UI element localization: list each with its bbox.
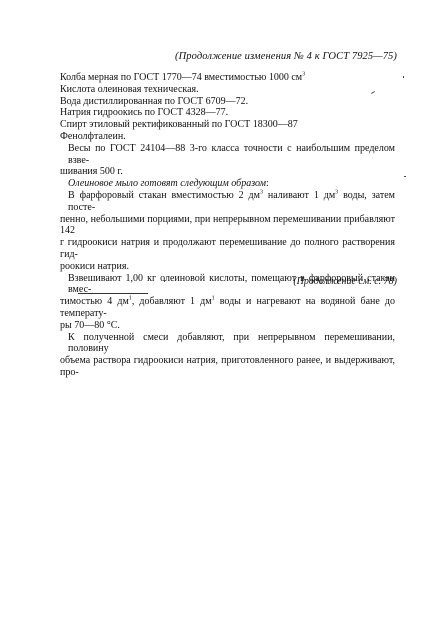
soap-heading: Олеиновое мыло готовят следующим образом… (60, 178, 395, 190)
soap-heading-text: Олеиновое мыло готовят следующим образом (68, 178, 266, 189)
scan-speck (404, 176, 406, 177)
superscript: 3 (302, 72, 305, 78)
para1-line-2: пенно, небольшими порциями, при непрерыв… (60, 214, 395, 238)
footnote-rule (78, 293, 148, 294)
scales-line-1: Весы по ГОСТ 24104—88 3-го класса точнос… (60, 143, 395, 167)
para3-line-1: К полученной смеси добавляют, при непрер… (60, 332, 395, 356)
para1-line-1: В фарфоровый стакан вместимостью 2 дм3 н… (60, 190, 395, 214)
colon: : (266, 178, 269, 189)
text: , добавляют 1 дм (132, 296, 212, 307)
document-page: (Продолжение изменения № 4 к ГОСТ 7925—7… (0, 0, 427, 633)
equipment-line-sodium-hydroxide: Натрия гидроокись по ГОСТ 4328—77. (60, 107, 395, 119)
document-body: Колба мерная по ГОСТ 1770—74 вместимость… (60, 72, 395, 379)
continuation-footer: (Продолжение см. с. 78) (293, 276, 397, 287)
text: наливают 1 дм (263, 190, 335, 201)
scales-line-2: шивания 500 г. (60, 166, 395, 178)
equipment-line-ethanol: Спирт этиловый ректификованный по ГОСТ 1… (60, 119, 395, 131)
para3-line-2: объема раствора гидроокиси натрия, приго… (60, 355, 395, 379)
flask-text: Колба мерная по ГОСТ 1770—74 вместимость… (60, 72, 302, 83)
equipment-line-flask: Колба мерная по ГОСТ 1770—74 вместимость… (60, 72, 395, 84)
para1-line-4: роокиси натрия. (60, 261, 395, 273)
para1-line-3: г гидроокиси натрия и продолжают перемеш… (60, 237, 395, 261)
text: тимостью 4 дм (60, 296, 129, 307)
continuation-header: (Продолжение изменения № 4 к ГОСТ 7925—7… (175, 51, 397, 62)
equipment-line-phenolphthalein: Фенолфталеин. (60, 131, 395, 143)
text: В фарфоровый стакан вместимостью 2 дм (68, 190, 260, 201)
scan-speck (403, 76, 404, 78)
para2-line-3: ры 70—80 °С. (60, 320, 395, 332)
equipment-line-water: Вода дистиллированная по ГОСТ 6709—72. (60, 96, 395, 108)
para2-line-2: тимостью 4 дм1, добавляют 1 дм1 воды и н… (60, 296, 395, 320)
equipment-line-acid: Кислота олеиновая техническая. (60, 84, 395, 96)
scan-speck (164, 280, 165, 282)
